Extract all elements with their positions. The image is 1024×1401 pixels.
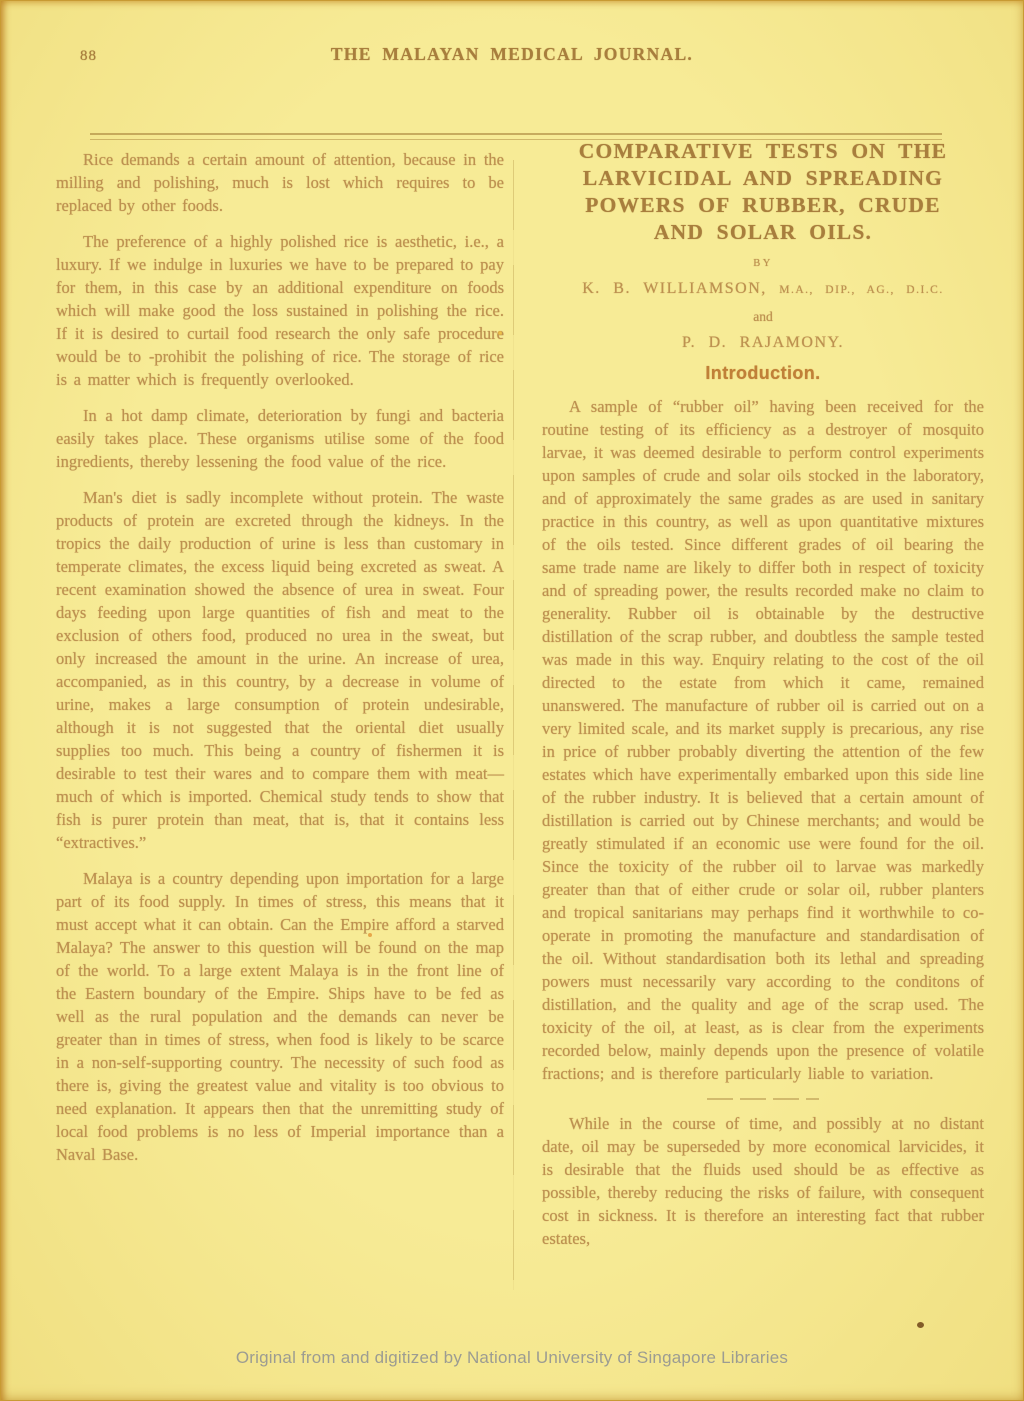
paragraph-superseded-larvicides: While in the course of time, and possibl…	[542, 1112, 984, 1250]
article-title-line: POWERS OF RUBBER, CRUDE	[542, 192, 984, 219]
article-title-line: LARVICIDAL AND SPREADING	[542, 165, 984, 192]
author-1: K. B. WILLIAMSON, M.A., DIP., AG., D.I.C…	[542, 277, 984, 302]
paragraph-malaya-importation: Malaya is a country depending upon impor…	[56, 867, 504, 1166]
author-1-name: K. B. WILLIAMSON,	[582, 280, 767, 297]
paragraph-polished-rice: The preference of a highly polished rice…	[56, 230, 504, 391]
article-title: COMPARATIVE TESTS ON THE LARVICIDAL AND …	[542, 138, 984, 246]
scan-speck	[498, 331, 502, 335]
left-column: Rice demands a certain amount of attenti…	[56, 148, 504, 1179]
digitization-attribution: Original from and digitized by National …	[0, 1348, 1024, 1368]
byline: BY	[542, 252, 984, 275]
journal-title: THE MALAYAN MEDICAL JOURNAL.	[0, 44, 1024, 65]
author-1-credentials: M.A., DIP., AG., D.I.C.	[779, 284, 943, 296]
author-conjunction: and	[542, 305, 984, 328]
scan-speck	[368, 933, 372, 937]
author-2: P. D. RAJAMONY.	[542, 331, 984, 354]
paragraph-rice-attention: Rice demands a certain amount of attenti…	[56, 148, 504, 217]
article-title-line: AND SOLAR OILS.	[542, 219, 984, 246]
paragraph-protein-diet: Man's diet is sadly incomplete without p…	[56, 486, 504, 854]
paragraph-climate-fungi: In a hot damp climate, deterioration by …	[56, 404, 504, 473]
article-title-line: COMPARATIVE TESTS ON THE	[542, 138, 984, 165]
section-heading-introduction: Introduction.	[542, 362, 984, 385]
scanned-journal-page: 88 THE MALAYAN MEDICAL JOURNAL. Rice dem…	[0, 0, 1024, 1401]
scan-speck	[917, 1322, 924, 1328]
section-separator-rule	[707, 1098, 819, 1100]
column-divider	[513, 160, 514, 1290]
paragraph-rubber-oil-sample: A sample of “rubber oil” having been rec…	[542, 395, 984, 1085]
right-column: COMPARATIVE TESTS ON THE LARVICIDAL AND …	[542, 138, 984, 1263]
